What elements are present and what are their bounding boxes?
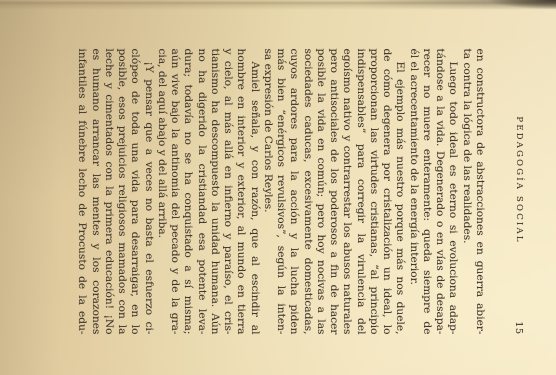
text-line: de cómo degenera por cristalización un i… bbox=[380, 48, 393, 334]
text-line: ¡Y pensar que a veces no basta el esfuer… bbox=[142, 48, 155, 334]
text-line: él el acrecentamiento de la energía inte… bbox=[407, 48, 420, 334]
text-line: cia, del aquí abajo y del allá arriba. bbox=[155, 48, 168, 334]
text-line: El ejemplo más nuestro porque más nos du… bbox=[393, 48, 406, 334]
page-number: 15 bbox=[513, 321, 524, 334]
text-line: leche y cimentados con la primera educac… bbox=[102, 48, 115, 334]
text-line: en constructora de abstracciones en guer… bbox=[473, 48, 486, 334]
text-line: más bien “enérgicos revulsivos”, según l… bbox=[274, 48, 287, 334]
text-line: pero antisociales de los poderosos a fin… bbox=[327, 48, 340, 334]
text-line: posible la vida en común; pero hoy nociv… bbox=[314, 48, 327, 334]
book-page: PEDAGOGÍA SOCIAL 15 en constructora de a… bbox=[0, 0, 556, 375]
text-line: egoísmo nativo y contrarrestar los abuso… bbox=[340, 48, 353, 334]
text-line: tándose a la vida. Degenerado o en vías … bbox=[433, 48, 446, 334]
text-line: no ha digerido la cristiandad esa potent… bbox=[195, 48, 208, 334]
text-line: tianismo ha descompuesto la unidad human… bbox=[208, 48, 221, 334]
text-line: aún vive bajo la antinomia del pecado y … bbox=[168, 48, 181, 334]
text-line: ta contra la lógica de las realidades. bbox=[460, 48, 473, 334]
text-line: dura; todavía no se ha conquistado a sí … bbox=[181, 48, 194, 334]
text-line: recer no muere enteramente: queda siempr… bbox=[420, 48, 433, 334]
text-line: cuyos ardores para la acción y la lucha … bbox=[287, 48, 300, 334]
text-line: posible, esos prejuicios religiosos mama… bbox=[115, 48, 128, 334]
book-scan: PEDAGOGÍA SOCIAL 15 en constructora de a… bbox=[0, 0, 556, 375]
text-line: proporcionan las virtudes cristianas, “a… bbox=[367, 48, 380, 334]
text-line: y cielo, al más allá en infierno y paraí… bbox=[221, 48, 234, 334]
header-title: PEDAGOGÍA SOCIAL bbox=[514, 116, 524, 243]
text-line: clópeo de toda una vida para desarraigar… bbox=[128, 48, 141, 334]
text-line: indispensables” para corregir la virulen… bbox=[354, 48, 367, 334]
text-line: es humano arrancar las mentes y los cora… bbox=[89, 48, 102, 334]
text-line: sa expresión de Carlos Reyles. bbox=[261, 48, 274, 334]
text-line: sociedades caducas, excesivamente domest… bbox=[301, 48, 314, 334]
text-line: infantiles al fúnebre lecho de Procusto … bbox=[75, 48, 88, 334]
text-line: hombre en interior y exterior, al mundo … bbox=[234, 48, 247, 334]
text-line: Amiel señala, y con razón, que al escind… bbox=[248, 48, 261, 334]
text-block: en constructora de abstracciones en guer… bbox=[75, 48, 486, 334]
text-line: Luego todo ideal es eterno si evoluciona… bbox=[446, 48, 459, 334]
running-header: PEDAGOGÍA SOCIAL 15 bbox=[512, 48, 524, 334]
